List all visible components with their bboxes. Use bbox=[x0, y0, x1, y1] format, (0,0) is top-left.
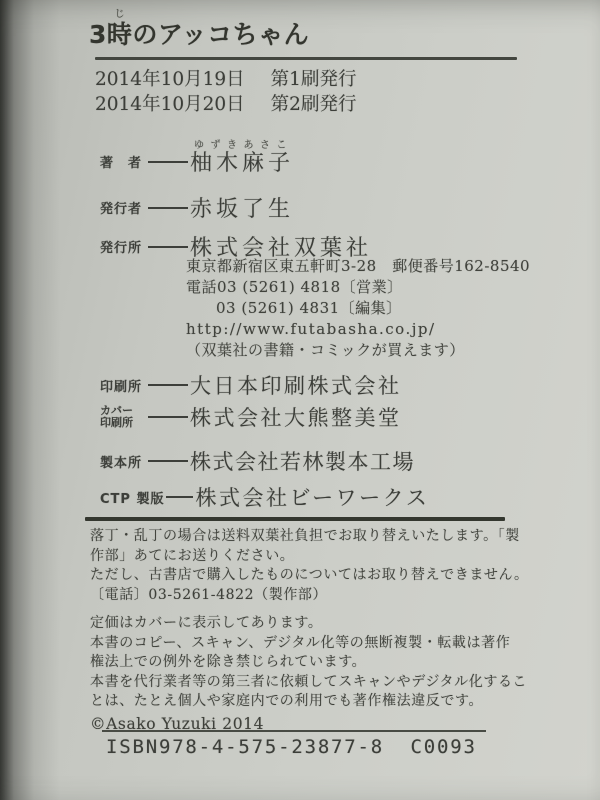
author-label: 著 者 bbox=[100, 152, 146, 171]
book-colophon-page: 3じ時のアッコちゃん 2014年10月19日 第1刷発行 2014年10月20日… bbox=[0, 0, 600, 800]
ctp-label: CTP 製版 bbox=[100, 488, 164, 507]
colophon-row-cover-printer: カバー 印刷所 株式会社大熊整美堂 bbox=[100, 402, 402, 432]
leader-dash bbox=[148, 416, 188, 418]
edition-printing: 第2刷発行 bbox=[271, 92, 357, 117]
colophon-row-publisher-person: 発行者 赤坂了生 bbox=[100, 192, 294, 223]
edition-date: 2014年10月19日 bbox=[95, 67, 245, 92]
notice-line: とは、たとえ個人や家庭内での利用でも著作権法違反です。 bbox=[90, 692, 527, 712]
notice-line: 本書のコピー、スキャン、デジタル化等の無断複製・転載は著作 bbox=[90, 634, 527, 654]
cover-printer-name: 株式会社大熊整美堂 bbox=[190, 402, 402, 432]
edition-line-1: 2014年10月19日 第1刷発行 bbox=[95, 67, 356, 92]
copyright-notice: 定価はカバーに表示してあります。 本書のコピー、スキャン、デジタル化等の無断複製… bbox=[90, 614, 527, 734]
publisher-label: 発行所 bbox=[100, 237, 146, 256]
leader-dash bbox=[148, 207, 188, 209]
print-history: 2014年10月19日 第1刷発行 2014年10月20日 第2刷発行 bbox=[95, 67, 356, 117]
publisher-person-label: 発行者 bbox=[100, 198, 146, 217]
notice-line: 本書を代行業者等の第三者に依頼してスキャンやデジタル化するこ bbox=[90, 673, 527, 693]
book-title-suffix: のアッコちゃん bbox=[132, 20, 309, 49]
edition-date: 2014年10月20日 bbox=[95, 92, 245, 117]
book-title-base: 時 bbox=[107, 20, 133, 49]
edition-printing: 第1刷発行 bbox=[271, 67, 357, 92]
notice-line: 〔電話〕03-5261-4822（製作部） bbox=[90, 586, 529, 606]
book-title: 3じ時のアッコちゃん bbox=[89, 15, 309, 51]
page-content: 3じ時のアッコちゃん 2014年10月19日 第1刷発行 2014年10月20日… bbox=[0, 0, 600, 800]
section-divider-rule bbox=[85, 517, 505, 521]
publisher-details: 東京都新宿区東五軒町3-28 郵便番号162-8540 電話03 (5261) … bbox=[186, 256, 530, 361]
leader-dash bbox=[166, 496, 193, 498]
leader-dash bbox=[148, 460, 188, 462]
cover-printer-label: カバー 印刷所 bbox=[100, 405, 146, 430]
notice-line: 落丁・乱丁の場合は送料双葉社負担でお取り替えいたします。「製 bbox=[90, 527, 529, 547]
publisher-url: http://www.futabasha.co.jp/ bbox=[186, 319, 530, 340]
publisher-person-name: 赤坂了生 bbox=[190, 192, 294, 223]
edition-line-2: 2014年10月20日 第2刷発行 bbox=[95, 92, 356, 117]
isbn-divider-rule bbox=[102, 730, 486, 732]
book-title-ruby: じ時 bbox=[107, 15, 133, 51]
notice-line: 作部」あてにお送りください。 bbox=[90, 547, 529, 567]
publisher-phone-editorial: 03 (5261) 4831〔編集〕 bbox=[186, 298, 530, 319]
publisher-phone-sales: 電話03 (5261) 4818〔営業〕 bbox=[186, 277, 530, 298]
publisher-url-note: （双葉社の書籍・コミックが買えます） bbox=[186, 340, 530, 361]
printer-name: 大日本印刷株式会社 bbox=[190, 370, 402, 400]
printer-label: 印刷所 bbox=[100, 376, 146, 395]
colophon-row-printer: 印刷所 大日本印刷株式会社 bbox=[100, 370, 402, 400]
ctp-name: 株式会社ビーワークス bbox=[195, 482, 429, 512]
binder-name: 株式会社若林製本工場 bbox=[190, 446, 415, 476]
colophon-row-author: ゆずきあさこ 著 者 柚木麻子 bbox=[100, 146, 294, 177]
book-title-furigana: じ bbox=[115, 5, 125, 20]
notice-line: 権法上での例外を除き禁じられています。 bbox=[90, 653, 527, 673]
publisher-address: 東京都新宿区東五軒町3-28 郵便番号162-8540 bbox=[186, 256, 530, 277]
binder-label: 製本所 bbox=[100, 452, 146, 471]
title-divider-rule bbox=[95, 57, 517, 60]
book-title-prefix: 3 bbox=[89, 20, 107, 49]
notice-line: 定価はカバーに表示してあります。 bbox=[90, 614, 527, 634]
leader-dash bbox=[148, 161, 188, 163]
cover-printer-label-line2: 印刷所 bbox=[100, 417, 146, 430]
author-furigana: ゆずきあさこ bbox=[194, 136, 293, 151]
colophon-row-ctp: CTP 製版 株式会社ビーワークス bbox=[100, 482, 429, 512]
leader-dash bbox=[148, 384, 188, 386]
notice-line: ただし、古書店で購入したものについてはお取り替えできません。 bbox=[90, 566, 529, 586]
colophon-row-binder: 製本所 株式会社若林製本工場 bbox=[100, 446, 415, 476]
leader-dash bbox=[148, 246, 188, 248]
isbn-code: ISBN978-4-575-23877-8 C0093 bbox=[106, 736, 477, 758]
replacement-notice: 落丁・乱丁の場合は送料双葉社負担でお取り替えいたします。「製 作部」あてにお送り… bbox=[90, 527, 529, 605]
